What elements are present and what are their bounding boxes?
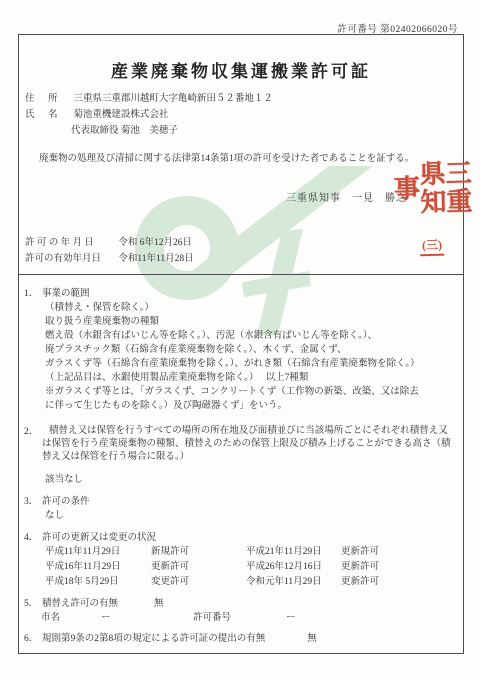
seal-kanji: 三重県知事 (391, 158, 470, 218)
holder-name-row: 氏 名 菊池重機建設株式会社 (25, 106, 168, 120)
section3-title: 許可の条件 (42, 495, 90, 509)
renewal-type: 変更許可 (151, 575, 246, 590)
sections-area: 1． 事業の範囲 （積替え・保管を除く。） 取り扱う産業廃棄物の種類 燃え殻（水… (19, 287, 463, 646)
section1-line: ガラスくず等（石綿含有産業廃棄物を除く。）、がれき類（石綿含有産業廃棄物を除く。… (19, 357, 463, 371)
renewal-date: 平成11年11月29日 (45, 545, 151, 560)
address-value: 三重県三重郡川越町大字亀崎新田５２番地１２ (73, 94, 273, 104)
section3-value: なし (19, 509, 463, 523)
section5-heading: 5． 積替え許可の有無 無 (19, 597, 463, 611)
permit-document: 許可番号 第02402066020号 産業廃棄物収集運搬業許可証 住 所 三重県… (0, 0, 480, 680)
renewal-type: 更新許可 (151, 560, 246, 575)
section2-line: 替え又は保管を行う場合に限る。） (42, 451, 451, 464)
governor-seal: 三重県知事 (三) (388, 158, 475, 257)
section5-number: 5． (19, 597, 42, 611)
renewal-table-row: 平成16年11月29日 更新許可 平成26年12月16日 更新許可 (19, 560, 463, 575)
section1-line: （上記品目は、水銀使用製品産業廃棄物を除く。） 以上7種類 (19, 371, 463, 385)
section4-heading: 4． 許可の更新又は変更の状況 (19, 531, 463, 545)
section4-title: 許可の更新又は変更の状況 (42, 531, 156, 545)
renewal-type: 更新許可 (341, 575, 379, 590)
grant-date-label: 許 可 の 年 月 日 (25, 234, 116, 248)
certification-statement: 廃棄物の処理及び清掃に関する法律第14条第1項の許可を受けた者であることを証する… (39, 150, 414, 164)
section4-number: 4． (19, 531, 42, 545)
representative-name: 代表取締役 菊池 美穂子 (71, 126, 178, 136)
renewal-date: 平成16年11月29日 (45, 560, 151, 575)
section2-heading: 2． 積替え又は保管を行うすべての場所の所在地及び面積並びに当該場所ごとにそれぞ… (19, 425, 463, 464)
document-frame: 産業廃棄物収集運搬業許可証 住 所 三重県三重郡川越町大字亀崎新田５２番地１２ … (18, 34, 464, 654)
section2-line: は保管を行う産業廃棄物の種類、積替えのための保管上限及び積み上げることができる高… (42, 438, 451, 451)
city-value: ー (101, 611, 193, 625)
renewal-date: 平成21年11月29日 (246, 545, 341, 560)
renewal-date: 平成18年 5月29日 (45, 575, 151, 590)
renewal-table-row: 平成11年11月29日 新規許可 平成21年11月29日 更新許可 (19, 545, 463, 560)
section1-heading: 1． 事業の範囲 (19, 287, 463, 301)
section1-line: （積替え・保管を除く。） (19, 301, 463, 315)
section1-line: に伴って生じたものを除く。）及び陶磁器くず」をいう。 (19, 399, 463, 413)
section1-title: 事業の範囲 (42, 287, 90, 301)
name-label: 氏 名 (25, 106, 71, 120)
section5-subrow: 市名 ー 許可番号 ー (19, 611, 463, 625)
section6-row: 6． 規則第9条の2第8項の規定による許可証の提出の有無 無 (19, 632, 463, 646)
section6-value: 無 (307, 632, 317, 646)
section1-number: 1． (19, 287, 42, 301)
expiry-date-row: 許可の有効年月日 令和11年11月28日 (25, 250, 194, 264)
section6-number: 6． (19, 632, 42, 646)
document-title: 産業廃棄物収集運搬業許可証 (19, 57, 463, 82)
renewal-type: 更新許可 (341, 560, 379, 575)
holder-address-row: 住 所 三重県三重郡川越町大字亀崎新田５２番地１２ (25, 90, 273, 104)
section3-number: 3． (19, 495, 42, 509)
city-label: 市名 (41, 611, 101, 625)
renewal-type: 更新許可 (341, 545, 379, 560)
permit-number-value: ー (286, 611, 296, 625)
section6-text: 規則第9条の2第8項の規定による許可証の提出の有無 (42, 632, 265, 646)
address-label: 住 所 (25, 90, 71, 104)
section5-value: 無 (154, 597, 164, 611)
section2-value: 該当なし (19, 473, 463, 487)
section1-line: 取り扱う産業廃棄物の種類 (19, 315, 463, 329)
section-divider (19, 274, 463, 275)
section1-line: 廃プラスチック類（石綿含有産業廃棄物を除く。）、木くず、金属くず、 (19, 343, 463, 357)
renewal-date: 平成26年12月16日 (246, 560, 341, 575)
renewal-table-row: 平成18年 5月29日 変更許可 令和元年11月29日 更新許可 (19, 575, 463, 590)
permit-number-label: 許可番号 (193, 611, 286, 625)
expiry-date-value: 令和11年11月28日 (118, 254, 193, 264)
seal-suffix: (三) (420, 236, 445, 257)
permit-number: 許可番号 第02402066020号 (337, 21, 458, 35)
renewal-date: 令和元年11月29日 (246, 575, 341, 590)
section1-line: ※ガラスくず等とは、「ガラスくず、コンクリートくず（工作物の新築、改築、又は除去 (19, 385, 463, 399)
renewal-type: 新規許可 (151, 545, 246, 560)
section5-title: 積替え許可の有無 (42, 597, 154, 611)
section3-heading: 3． 許可の条件 (19, 495, 463, 509)
expiry-date-label: 許可の有効年月日 (25, 250, 116, 264)
representative-row: 代表取締役 菊池 美穂子 (71, 122, 178, 136)
section1-line: 燃え殻（水銀含有ばいじん等を除く。）、汚泥（水銀含有ばいじん等を除く。）、 (19, 329, 463, 343)
section2-number: 2． (19, 425, 42, 464)
company-name: 菊池重機建設株式会社 (73, 110, 168, 120)
grant-date-value: 令和 6年12月26日 (118, 238, 192, 248)
section2-paragraph: 積替え又は保管を行うすべての場所の所在地及び面積並びに当該場所ごとにそれぞれ積替… (42, 425, 451, 464)
grant-date-row: 許 可 の 年 月 日 令和 6年12月26日 (25, 234, 192, 248)
section2-line: 積替え又は保管を行うすべての場所の所在地及び面積並びに当該場所ごとにそれぞれ積替… (42, 425, 451, 438)
